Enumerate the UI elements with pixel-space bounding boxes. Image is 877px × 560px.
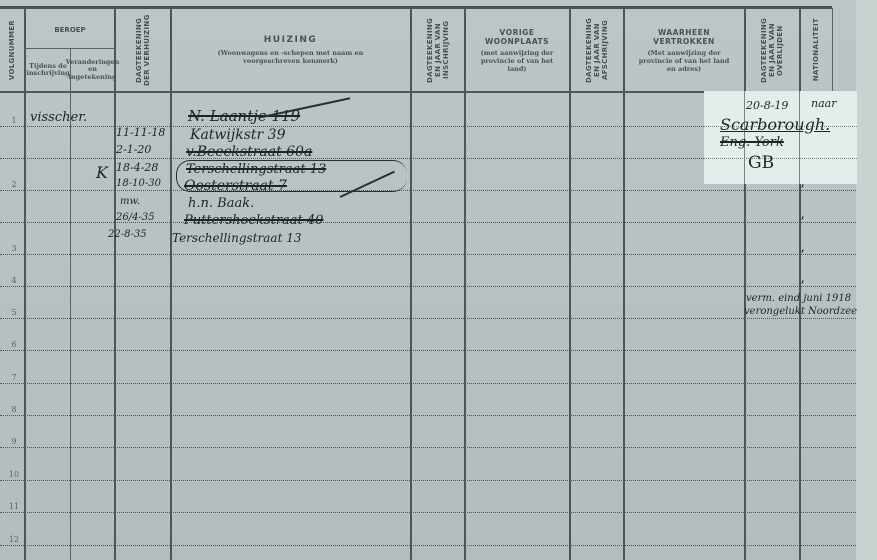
- address-entry: v.Beeckstraat 60a: [186, 144, 312, 160]
- ditto-mark: ,: [801, 274, 804, 285]
- row-line: [0, 512, 856, 513]
- address-entry: Terschellingstraat 13: [172, 231, 301, 245]
- ditto-mark: ,: [801, 243, 804, 254]
- header-dagteekening-verhuizing: DAGTEEKENING DER VERHUIZING: [115, 10, 170, 90]
- card-right-margin: [856, 0, 877, 560]
- header-dagteekening-afschrijving: DAGTEEKENING EN JAAR VAN AFSCHRIJVING: [570, 10, 623, 90]
- k-mark: K: [96, 163, 108, 182]
- header-title: VORIGE WOONPLAATS: [482, 28, 552, 46]
- row-number: 3: [6, 244, 22, 253]
- header-label: VOLGNUMMER: [8, 20, 16, 80]
- departure-place: Scarborough.: [720, 115, 830, 134]
- address-entry: N. Laantje 119: [188, 107, 300, 125]
- header-label: DAGTEEKENING DER VERHUIZING: [135, 10, 151, 90]
- remark-line-1: verm. eind juni 1918: [746, 293, 851, 304]
- row-line: [0, 545, 856, 546]
- row-number: 1: [6, 116, 22, 125]
- header-beroep-tijdens: Tijdens de inschrijving: [26, 50, 70, 90]
- row-line: [0, 350, 856, 351]
- header-beroep: BEROEP: [26, 12, 114, 48]
- header-label: DAGTEEKENING EN JAAR VAN INSCHRIJVING: [426, 15, 450, 85]
- column-divider: [410, 8, 412, 560]
- row-number: 10: [6, 470, 22, 479]
- move-date: 26/4-35: [116, 212, 155, 223]
- address-entry: Katwijkstr 39: [190, 127, 285, 143]
- remark-line-2: verongelukt Noordzee: [744, 306, 857, 317]
- ditto-mark: ,: [801, 178, 804, 189]
- row-number: 11: [6, 502, 22, 511]
- header-volgnummer: VOLGNUMMER: [0, 10, 24, 90]
- header-title: HUIZING: [264, 35, 317, 45]
- move-date: 22-8-35: [108, 229, 147, 240]
- row-number: 6: [6, 340, 22, 349]
- move-date: 11-11-18: [116, 126, 165, 139]
- move-date: 2-1-20: [116, 143, 151, 156]
- column-divider: [832, 8, 833, 92]
- header-vorige-woonplaats: VORIGE WOONPLAATS (met aanwijzing der pr…: [465, 10, 569, 90]
- header-subtitle: (Woonwagens en -schepen met naam en voor…: [216, 49, 366, 65]
- header-subtitle: (Met aanwijzing der provincie of van het…: [634, 49, 734, 73]
- header-subtitle: (met aanwijzing der provincie of van het…: [475, 49, 559, 73]
- row-line: [0, 286, 856, 287]
- departure-note: naar: [811, 97, 836, 110]
- header-title: WAARHEEN VERTROKKEN: [644, 28, 724, 46]
- departure-country: GB: [748, 153, 774, 173]
- column-divider: [170, 8, 172, 560]
- header-huizing: HUIZING (Woonwagens en -schepen met naam…: [171, 10, 410, 90]
- row-line: [0, 190, 856, 191]
- header-nationaliteit: NATIONALITEIT: [800, 10, 832, 90]
- slip-row-line: [704, 158, 857, 159]
- top-border-rule: [0, 6, 832, 9]
- beroep-divider: [24, 48, 114, 49]
- header-label: NATIONALITEIT: [812, 18, 820, 81]
- slip-column-line: [799, 91, 800, 184]
- row-line: [0, 415, 856, 416]
- column-divider: [569, 8, 571, 560]
- row-number: 2: [6, 180, 22, 189]
- pasted-departure-slip: 20-8-19 naar Scarborough. Eng. York GB: [704, 91, 857, 184]
- row-line: [0, 254, 856, 255]
- row-number: 7: [6, 373, 22, 382]
- row-number: 4: [6, 276, 22, 285]
- column-divider: [464, 8, 466, 560]
- row-number: 12: [6, 535, 22, 544]
- occupation-entry: visscher.: [30, 110, 87, 125]
- address-entry: Puttershoekstraat 40: [184, 213, 323, 228]
- row-number: 9: [6, 437, 22, 446]
- header-label: DAGTEEKENING EN JAAR VAN OVERLIJDEN: [760, 13, 784, 88]
- column-divider: [623, 8, 625, 560]
- departure-struck-text: Eng. York: [720, 135, 784, 150]
- header-label: DAGTEEKENING EN JAAR VAN AFSCHRIJVING: [585, 15, 609, 85]
- address-entry: h.n. Baak.: [188, 196, 254, 211]
- row-line: [0, 383, 856, 384]
- handwritten-bracket-mark: [176, 160, 407, 192]
- header-beroep-veranderingen: Veranderingen en ingetekening: [71, 50, 114, 90]
- move-date: 18-4-28: [116, 161, 158, 174]
- row-line: [0, 480, 856, 481]
- departure-date: 20-8-19: [746, 99, 788, 112]
- move-date: mw.: [120, 196, 140, 207]
- row-number: 8: [6, 405, 22, 414]
- register-card: VOLGNUMMER BEROEP Tijdens de inschrijvin…: [0, 0, 877, 560]
- row-line: [0, 447, 856, 448]
- move-date: 18-10-30: [116, 178, 161, 189]
- header-waarheen-vertrokken: WAARHEEN VERTROKKEN (Met aanwijzing der …: [624, 10, 744, 90]
- ditto-mark: ,: [801, 210, 804, 221]
- header-dagteekening-inschrijving: DAGTEEKENING EN JAAR VAN INSCHRIJVING: [411, 10, 464, 90]
- row-line: [0, 318, 856, 319]
- header-dagteekening-overlijden: DAGTEEKENING EN JAAR VAN OVERLIJDEN: [745, 10, 799, 90]
- column-divider: [24, 8, 26, 560]
- column-divider: [114, 8, 116, 560]
- row-number: 5: [6, 308, 22, 317]
